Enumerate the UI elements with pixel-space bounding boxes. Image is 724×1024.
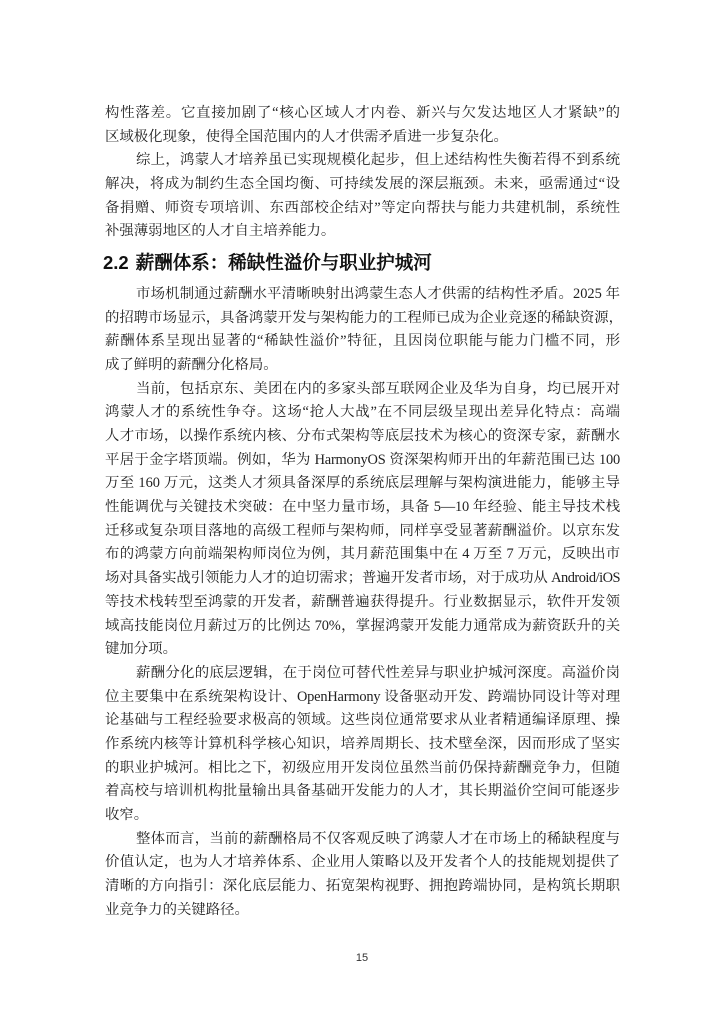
- text-line: 薪酬分化的底层逻辑，在于岗位可替代性差异与职业护城河深度。高溢价岗: [105, 662, 620, 686]
- text-line: 成了鲜明的薪酬分化格局。: [105, 354, 620, 378]
- text-line: 收窄。: [105, 804, 620, 828]
- document-page: 构性落差。它直接加剧了“核心区域人才内卷、新兴与欠发达地区人才紧缺”的 区域极化…: [0, 0, 724, 1024]
- page-content: 构性落差。它直接加剧了“核心区域人才内卷、新兴与欠发达地区人才紧缺”的 区域极化…: [105, 102, 620, 922]
- section-title: 薪酬体系：稀缺性溢价与职业护城河: [136, 252, 432, 273]
- text-line: 位主要集中在系统架构设计、OpenHarmony 设备驱动开发、跨端协同设计等对…: [105, 686, 620, 710]
- paragraph: 整体而言，当前的薪酬格局不仅客观反映了鸿蒙人才在市场上的稀缺程度与 价值认定，也…: [105, 828, 620, 923]
- text-line: 布的鸿蒙方向前端架构师岗位为例，其月薪范围集中在 4 万至 7 万元，反映出市: [105, 543, 620, 567]
- text-line: 薪酬体系呈现出显著的“稀缺性溢价”特征，且因岗位职能与能力门槛不同，形: [105, 330, 620, 354]
- paragraph: 当前，包括京东、美团在内的多家头部互联网企业及华为自身，均已展开对 鸿蒙人才的系…: [105, 378, 620, 662]
- text-line: 场对具备实战引领能力人才的迫切需求；普遍开发者市场，对于成功从 Android/…: [105, 567, 620, 591]
- text-line: 万至 160 万元，这类人才须具备深厚的系统底层理解与架构演进能力，能够主导: [105, 472, 620, 496]
- page-number: 15: [0, 952, 724, 964]
- text-line: 作系统内核等计算机科学核心知识，培养周期长、技术壁垒深，因而形成了坚实: [105, 733, 620, 757]
- text-line: 的招聘市场显示，具备鸿蒙开发与架构能力的工程师已成为企业竞逐的稀缺资源，: [105, 307, 620, 331]
- text-line: 业竞争力的关键路径。: [105, 899, 620, 923]
- text-line: 综上，鸿蒙人才培养虽已实现规模化起步，但上述结构性失衡若得不到系统: [105, 149, 620, 173]
- text-line: 区域极化现象，使得全国范围内的人才供需矛盾进一步复杂化。: [105, 126, 620, 150]
- text-line: 补强薄弱地区的人才自主培养能力。: [105, 220, 620, 244]
- paragraph: 构性落差。它直接加剧了“核心区域人才内卷、新兴与欠发达地区人才紧缺”的 区域极化…: [105, 102, 620, 149]
- text-line: 备捐赠、师资专项培训、东西部校企结对”等定向帮扶与能力共建机制，系统性: [105, 197, 620, 221]
- section-number: 2.2: [103, 252, 129, 273]
- text-line: 域高技能岗位月薪过万的比例达 70%，掌握鸿蒙开发能力通常成为薪资跃升的关: [105, 615, 620, 639]
- text-line: 键加分项。: [105, 638, 620, 662]
- text-line: 人才市场，以操作系统内核、分布式架构等底层技术为核心的资深专家，薪酬水: [105, 425, 620, 449]
- text-line: 清晰的方向指引：深化底层能力、拓宽架构视野、拥抱跨端协同，是构筑长期职: [105, 875, 620, 899]
- paragraph: 市场机制通过薪酬水平清晰映射出鸿蒙生态人才供需的结构性矛盾。2025 年 的招聘…: [105, 283, 620, 378]
- text-line: 解决，将成为制约生态全国均衡、可持续发展的深层瓶颈。未来，亟需通过“设: [105, 173, 620, 197]
- text-line: 的职业护城河。相比之下，初级应用开发岗位虽然当前仍保持薪酬竞争力，但随: [105, 757, 620, 781]
- section-heading: 2.2薪酬体系：稀缺性溢价与职业护城河: [103, 244, 620, 283]
- text-line: 构性落差。它直接加剧了“核心区域人才内卷、新兴与欠发达地区人才紧缺”的: [105, 102, 620, 126]
- text-line: 等技术栈转型至鸿蒙的开发者，薪酬普遍获得提升。行业数据显示，软件开发领: [105, 591, 620, 615]
- text-line: 论基础与工程经验要求极高的领域。这些岗位通常要求从业者精通编译原理、操: [105, 709, 620, 733]
- text-line: 迁移或复杂项目落地的高级工程师与架构师，同样享受显著薪酬溢价。以京东发: [105, 520, 620, 544]
- text-line: 市场机制通过薪酬水平清晰映射出鸿蒙生态人才供需的结构性矛盾。2025 年: [105, 283, 620, 307]
- paragraph: 综上，鸿蒙人才培养虽已实现规模化起步，但上述结构性失衡若得不到系统 解决，将成为…: [105, 149, 620, 244]
- text-line: 当前，包括京东、美团在内的多家头部互联网企业及华为自身，均已展开对: [105, 378, 620, 402]
- text-line: 着高校与培训机构批量输出具备基础开发能力的人才，其长期溢价空间可能逐步: [105, 780, 620, 804]
- text-line: 整体而言，当前的薪酬格局不仅客观反映了鸿蒙人才在市场上的稀缺程度与: [105, 828, 620, 852]
- text-line: 鸿蒙人才的系统性争夺。这场“抢人大战”在不同层级呈现出差异化特点：高端: [105, 401, 620, 425]
- paragraph: 薪酬分化的底层逻辑，在于岗位可替代性差异与职业护城河深度。高溢价岗 位主要集中在…: [105, 662, 620, 828]
- text-line: 性能调优与关键技术突破：在中坚力量市场，具备 5—10 年经验、能主导技术栈: [105, 496, 620, 520]
- text-line: 价值认定，也为人才培养体系、企业用人策略以及开发者个人的技能规划提供了: [105, 851, 620, 875]
- text-line: 平居于金字塔顶端。例如，华为 HarmonyOS 资深架构师开出的年薪范围已达 …: [105, 449, 620, 473]
